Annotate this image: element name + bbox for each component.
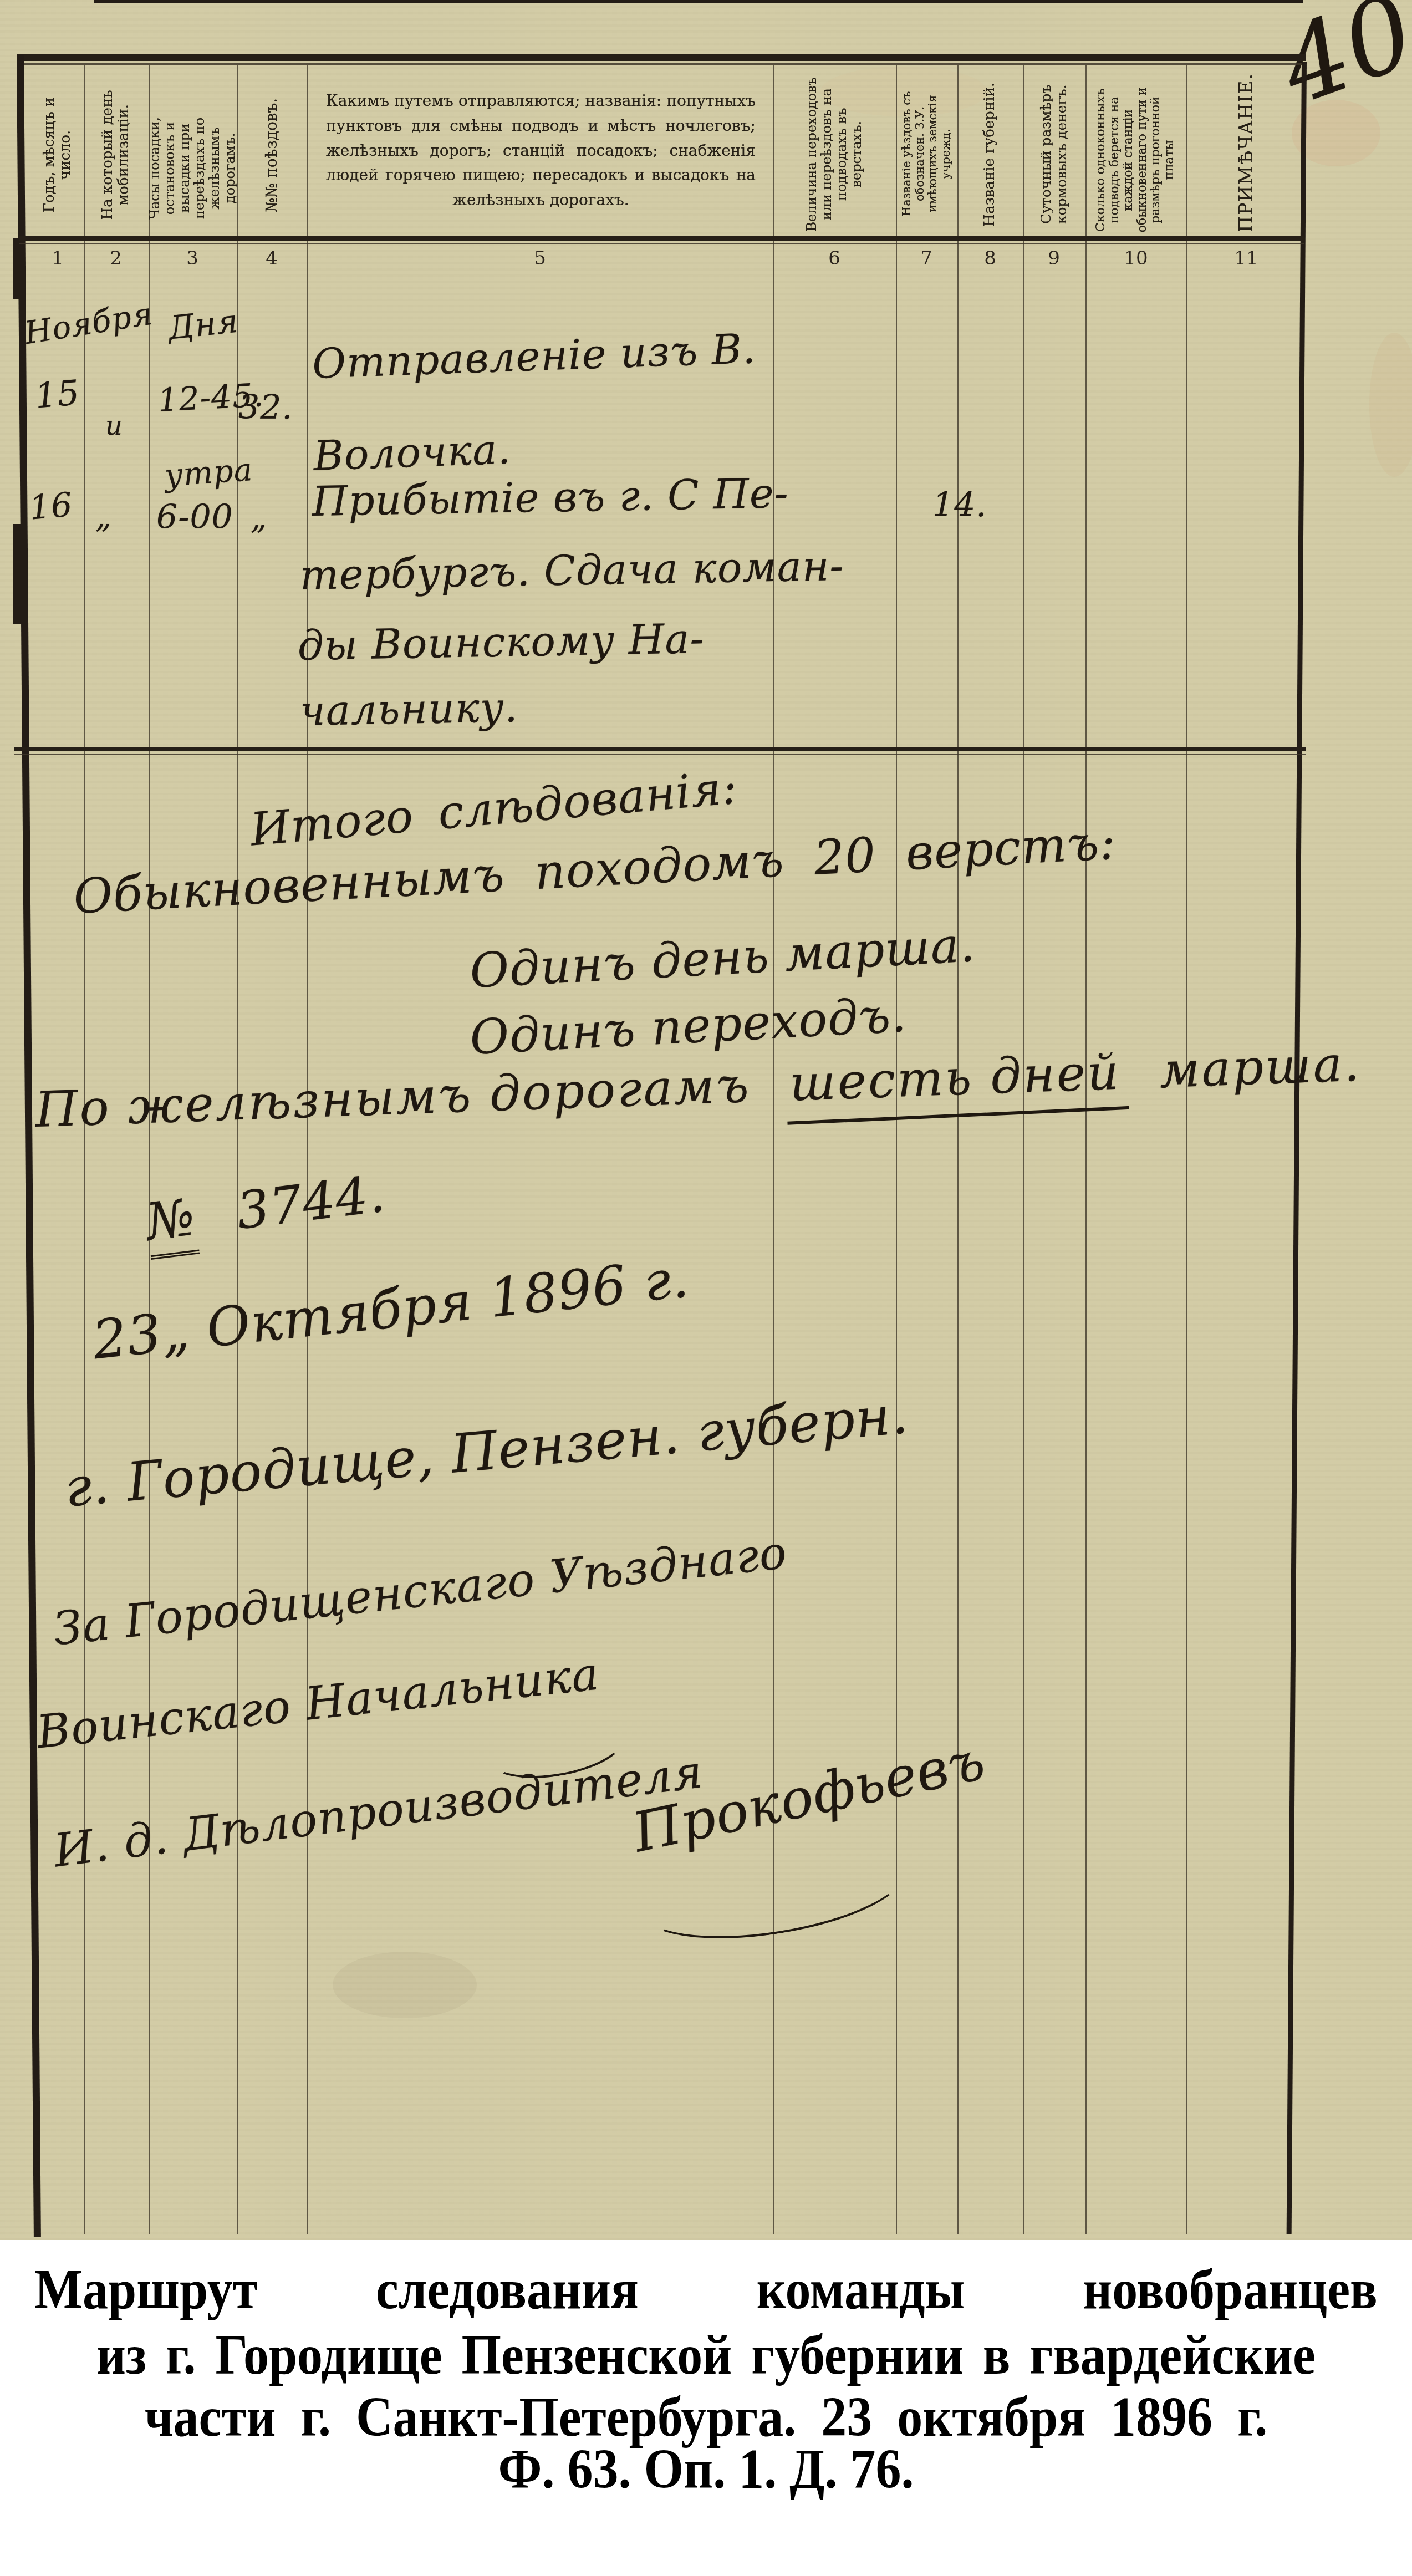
colnum-3: 3 — [173, 247, 212, 269]
header-col3: Часы посадки, остановокъ и высадки при п… — [147, 90, 238, 246]
paper-stain — [333, 1952, 477, 2018]
column-line-8-9 — [1023, 65, 1024, 2234]
row2-route-line1: Прибытіе въ г. С Пе- — [312, 470, 789, 526]
summary-line2: Обыкновеннымъ походомъ 20 верстъ: — [72, 814, 1117, 924]
row1-month: Ноября — [22, 296, 155, 352]
column-line-5-6 — [773, 65, 774, 2234]
header-col5: Какимъ путемъ отправляются; названія: по… — [326, 89, 756, 213]
docket-date: 23„ Октября 1896 г. — [90, 1247, 692, 1371]
section-divider-inner — [14, 754, 1306, 755]
row2-route-line2: тербургъ. Сдача коман- — [299, 542, 844, 599]
header-col9: Суточный размѣръ кормовыхъ денегъ. — [1038, 77, 1070, 232]
signoff-line2: Воинскаго Начальника — [34, 1647, 601, 1759]
left-border-blot — [13, 238, 24, 299]
row1-mobilization-day: и — [105, 410, 123, 441]
colnum-10: 10 — [1117, 247, 1155, 269]
row2-route-line4: чальнику. — [299, 684, 518, 735]
column-line-10-11 — [1186, 65, 1187, 2234]
table-right-border — [1287, 62, 1307, 2234]
caption-line1: Маршрут следования команды новобранцев — [0, 2257, 1412, 2322]
row1-route-line1: Отправленіе изъ В. — [312, 325, 757, 388]
paper-stain — [1369, 333, 1412, 477]
document-scan: 40 Годъ, мѣсяцъ и число. На который день… — [0, 0, 1412, 2240]
table-top-border-inner — [19, 63, 1304, 65]
row2-day: 16 — [28, 485, 74, 528]
summary-line3: Одинъ день марша. — [468, 917, 977, 999]
summary-line5-start: По желѣзнымъ дорогамъ — [34, 1056, 751, 1138]
number-sign: № — [143, 1187, 200, 1260]
section-divider — [14, 747, 1306, 751]
column-line-1-2 — [84, 65, 85, 2234]
row2-time: 6-00 — [156, 498, 233, 537]
header-col4: №№ поѣздовъ. — [263, 78, 281, 233]
colnum-11: 11 — [1227, 247, 1266, 269]
row1-route-line2: Волочка. — [313, 426, 512, 480]
docket-place: г. Городище, Пензен. губерн. — [62, 1383, 911, 1519]
row2-allowance-value: 14. — [932, 486, 987, 525]
row2-train-ditto: „ — [251, 500, 267, 536]
archival-reference: Ф. 63. Оп. 1. Д. 76. — [0, 2437, 1412, 2502]
column-line-7-8 — [957, 65, 959, 2234]
colnum-6: 6 — [815, 247, 854, 269]
header-col8: Названіе губерній. — [982, 77, 998, 232]
colnum-9: 9 — [1034, 247, 1073, 269]
header-col2: На который день мобилизаціи. — [100, 77, 132, 232]
row1-time-label: Дня — [166, 302, 240, 347]
left-border-blot — [13, 524, 24, 624]
row2-mobilization-day: „ — [95, 499, 112, 535]
colnum-1: 1 — [38, 247, 77, 269]
colnum-7: 7 — [907, 247, 946, 269]
docket-number: № 3744. — [143, 1164, 389, 1252]
header-col10: Сколько одноконныхъ подводъ берется на к… — [1094, 83, 1177, 238]
header-col1: Годъ, мѣсяцъ и число. — [42, 77, 74, 232]
header-col11: ПРИМѢЧАНІЕ. — [1236, 77, 1256, 232]
summary-line5-underlined: шесть дней — [788, 1043, 1121, 1112]
header-col6: Величина переходовъ или переѣздовъ на по… — [804, 77, 864, 232]
row2-time-label: утра — [164, 452, 254, 494]
row1-day: 15 — [33, 372, 81, 416]
signoff-line1: За Городищенскаго Уѣзднаго — [51, 1526, 789, 1656]
caption-band: Маршрут следования команды новобранцев и… — [0, 2240, 1412, 2576]
docket-number-value: 3744. — [233, 1164, 388, 1241]
column-line-6-7 — [896, 65, 897, 2234]
row2-route-line3: ды Воинскому На- — [297, 615, 705, 670]
summary-line5-end: марша. — [1159, 1035, 1362, 1099]
column-line-2-3 — [149, 65, 150, 2234]
colnum-2: 2 — [96, 247, 135, 269]
colnum-5: 5 — [521, 247, 559, 269]
caption-line2: из г. Городище Пензенской губернии в гва… — [0, 2323, 1412, 2387]
scan-top-edge — [94, 0, 1303, 3]
colnum-4: 4 — [252, 247, 291, 269]
column-line-4-5 — [307, 65, 308, 2234]
table-top-border — [17, 54, 1306, 61]
column-line-9-10 — [1085, 65, 1087, 2234]
row1-train-number: 32. — [238, 388, 293, 427]
archival-scan-page: 40 Годъ, мѣсяцъ и число. На который день… — [0, 0, 1412, 2576]
header-col7: Названіе уѣздовъ съ обозначен. З.У. имѣю… — [900, 76, 953, 231]
colnum-8: 8 — [971, 247, 1010, 269]
